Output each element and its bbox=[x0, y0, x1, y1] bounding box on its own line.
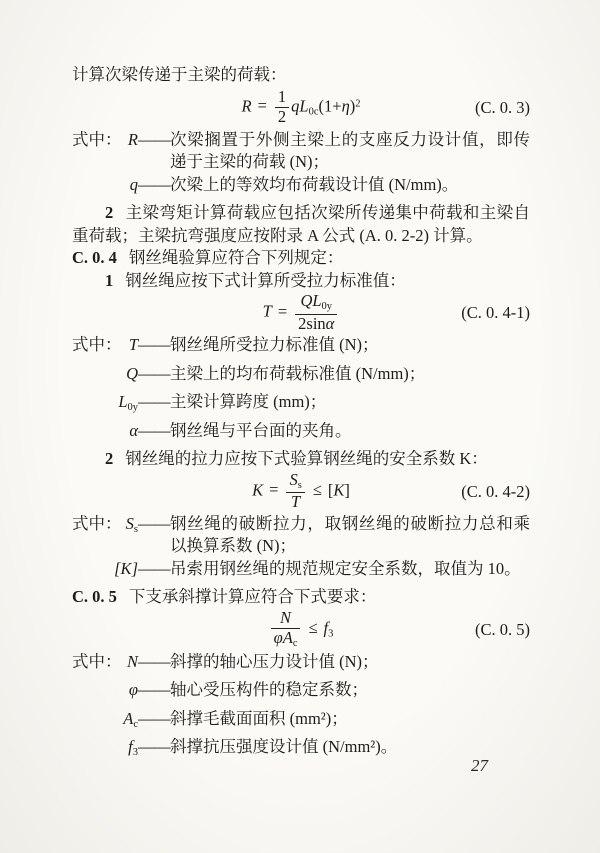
def-dash: —— bbox=[138, 736, 170, 759]
leq-sign: ≤ bbox=[308, 618, 317, 637]
var-phiA: φA bbox=[274, 628, 293, 647]
formula-c042: K=SsT≤[K] (C. 0. 4-2) bbox=[72, 471, 530, 513]
def-variable: f3 bbox=[122, 736, 138, 765]
equals-sign: = bbox=[269, 480, 278, 499]
definition-list-c05: 式中： N —— 斜撑的轴心压力设计值 (N)； φ —— 轴心受压构件的稳定系… bbox=[72, 651, 530, 765]
formula-number: (C. 0. 4-2) bbox=[461, 480, 530, 503]
subscript-s: s bbox=[298, 480, 302, 491]
var-alpha: α bbox=[326, 314, 335, 333]
leq-sign: ≤ bbox=[313, 480, 322, 499]
def-dash: —— bbox=[138, 129, 170, 152]
section-number: C. 0. 4 bbox=[72, 248, 117, 267]
var-symbol: α bbox=[129, 421, 138, 440]
def-dash: —— bbox=[138, 708, 170, 731]
formula-number: (C. 0. 5) bbox=[475, 618, 530, 641]
fraction-half: 12 bbox=[275, 88, 289, 127]
def-variable: L0y bbox=[122, 391, 138, 420]
formula-c03: R=12qL0c(1+η)2 (C. 0. 3) bbox=[72, 87, 530, 129]
var-symbol: Q bbox=[126, 364, 138, 383]
def-variable: α bbox=[122, 420, 138, 449]
def-dash: —— bbox=[138, 651, 170, 674]
formula-number: (C. 0. 4-1) bbox=[461, 302, 530, 325]
def-text: 斜撑毛截面面积 (mm²)； bbox=[170, 708, 530, 731]
superscript-2: 2 bbox=[355, 98, 360, 109]
var-symbol: φ bbox=[129, 680, 138, 699]
fraction: SsT bbox=[286, 471, 304, 512]
equals-sign: = bbox=[278, 302, 287, 321]
def-variable: [K] bbox=[122, 558, 138, 587]
def-lead: 式中： bbox=[72, 513, 122, 536]
formula-c041: T=QL0y2sinα (C. 0. 4-1) bbox=[72, 292, 530, 334]
item-number: 2 bbox=[105, 449, 113, 468]
equation-c03: R=12qL0c(1+η)2 bbox=[241, 88, 360, 127]
definition-row: f3 —— 斜撑抗压强度设计值 (N/mm²)。 bbox=[72, 736, 530, 765]
var-K: K bbox=[252, 480, 263, 499]
subscript-0c: 0c bbox=[309, 106, 319, 117]
def-variable: R bbox=[122, 129, 138, 158]
var-R: R bbox=[241, 96, 251, 115]
def-text: 次梁上的等效均布荷载设计值 (N/mm)。 bbox=[170, 174, 530, 197]
definition-list-c042: 式中： Ss —— 钢丝绳的破断拉力，取钢丝绳的破断拉力总和乘以换算系数 (N)… bbox=[72, 513, 530, 587]
item-text: 钢丝绳应按下式计算所受拉力标准值： bbox=[125, 271, 406, 290]
var-symbol: T bbox=[129, 335, 138, 354]
def-lead: 式中： bbox=[72, 651, 122, 674]
def-lead: 式中： bbox=[72, 129, 122, 152]
subscript-3: 3 bbox=[328, 628, 333, 639]
var-QL: QL bbox=[300, 291, 321, 310]
section-number: C. 0. 5 bbox=[72, 587, 117, 606]
section-c05-heading: C. 0. 5下支承斜撑计算应符合下式要求： bbox=[72, 586, 530, 609]
definition-row: q —— 次梁上的等效均布荷载设计值 (N/mm)。 bbox=[72, 174, 530, 203]
def-dash: —— bbox=[138, 513, 170, 536]
formula-number: (C. 0. 3) bbox=[475, 96, 530, 119]
definition-row: 式中： N —— 斜撑的轴心压力设计值 (N)； bbox=[72, 651, 530, 680]
def-variable: φ bbox=[122, 679, 138, 708]
var-subscript: 0y bbox=[128, 402, 139, 413]
definition-row: [K] —— 吊索用钢丝绳的规范规定安全系数，取值为 10。 bbox=[72, 558, 530, 587]
clause-item-1: 1钢丝绳应按下式计算所受拉力标准值： bbox=[72, 270, 530, 293]
def-variable: q bbox=[122, 174, 138, 203]
def-text: 次梁搁置于外侧主梁上的支座反力设计值，即传递于主梁的荷载 (N)； bbox=[170, 129, 530, 174]
def-dash: —— bbox=[138, 558, 170, 581]
equation-c041: T=QL0y2sinα bbox=[263, 292, 340, 333]
page-body: 计算次梁传递于主梁的荷载： R=12qL0c(1+η)2 (C. 0. 3) 式… bbox=[72, 64, 530, 765]
def-dash: —— bbox=[138, 174, 170, 197]
den-2sin: 2sin bbox=[298, 314, 326, 333]
var-K-allow: K bbox=[333, 480, 344, 499]
clause-item-2b: 2钢丝绳的拉力应按下式验算钢丝绳的安全系数 K： bbox=[72, 448, 530, 471]
var-symbol: L bbox=[118, 392, 127, 411]
definition-row: Ac —— 斜撑毛截面面积 (mm²)； bbox=[72, 708, 530, 737]
var-qL: qL bbox=[291, 96, 308, 115]
def-text: 钢丝绳的破断拉力，取钢丝绳的破断拉力总和乘以换算系数 (N)； bbox=[170, 513, 530, 558]
item-number: 2 bbox=[105, 203, 113, 222]
def-text: 轴心受压构件的稳定系数； bbox=[170, 679, 530, 702]
definition-row: L0y —— 主梁计算跨度 (mm)； bbox=[72, 391, 530, 420]
def-dash: —— bbox=[138, 391, 170, 414]
definition-row: 式中： R —— 次梁搁置于外侧主梁上的支座反力设计值，即传递于主梁的荷载 (N… bbox=[72, 129, 530, 174]
section-text: 下支承斜撑计算应符合下式要求： bbox=[129, 587, 377, 606]
def-text: 主梁上的均布荷载标准值 (N/mm)； bbox=[170, 363, 530, 386]
def-text: 钢丝绳与平台面的夹角。 bbox=[170, 420, 530, 443]
bracket-close: ] bbox=[344, 480, 350, 499]
def-text: 钢丝绳所受拉力标准值 (N)； bbox=[170, 334, 530, 357]
def-variable: N bbox=[122, 651, 138, 680]
var-T: T bbox=[263, 302, 272, 321]
definition-row: φ —— 轴心受压构件的稳定系数； bbox=[72, 679, 530, 708]
subscript-c: c bbox=[293, 638, 298, 649]
subscript-0y: 0y bbox=[322, 301, 333, 312]
var-symbol: S bbox=[126, 514, 134, 533]
def-variable: Ac bbox=[122, 708, 138, 737]
var-symbol: q bbox=[130, 175, 138, 194]
equation-c042: K=SsT≤[K] bbox=[252, 471, 350, 512]
section-c04-heading: C. 0. 4钢丝绳验算应符合下列规定： bbox=[72, 247, 530, 270]
def-variable: Ss bbox=[122, 513, 138, 542]
definition-row: 式中： T —— 钢丝绳所受拉力标准值 (N)； bbox=[72, 334, 530, 363]
page-number: 27 bbox=[471, 755, 488, 778]
def-text: 主梁计算跨度 (mm)； bbox=[170, 391, 530, 414]
definition-row: α —— 钢丝绳与平台面的夹角。 bbox=[72, 420, 530, 449]
definition-row: Q —— 主梁上的均布荷载标准值 (N/mm)； bbox=[72, 363, 530, 392]
formula-c05: NφAc≤f3 (C. 0. 5) bbox=[72, 609, 530, 651]
paren-open: (1+ bbox=[319, 96, 342, 115]
item-text: 主梁弯矩计算荷载应包括次梁所传递集中荷载和主梁自重荷载；主梁抗弯强度应按附录 A… bbox=[72, 203, 530, 245]
var-symbol: A bbox=[123, 709, 133, 728]
def-lead: 式中： bbox=[72, 334, 122, 357]
equals-sign: = bbox=[258, 96, 267, 115]
var-T: T bbox=[291, 492, 300, 511]
var-symbol: R bbox=[128, 130, 138, 149]
def-dash: —— bbox=[138, 420, 170, 443]
item-number: 1 bbox=[105, 271, 113, 290]
document-page: 计算次梁传递于主梁的荷载： R=12qL0c(1+η)2 (C. 0. 3) 式… bbox=[0, 0, 600, 853]
var-eta: η bbox=[342, 96, 350, 115]
intro-line: 计算次梁传递于主梁的荷载： bbox=[72, 64, 530, 87]
section-text: 钢丝绳验算应符合下列规定： bbox=[129, 248, 344, 267]
definition-list-c041: 式中： T —— 钢丝绳所受拉力标准值 (N)； Q —— 主梁上的均布荷载标准… bbox=[72, 334, 530, 448]
fraction: NφAc bbox=[271, 609, 301, 650]
def-dash: —— bbox=[138, 679, 170, 702]
def-text: 吊索用钢丝绳的规范规定安全系数，取值为 10。 bbox=[170, 558, 530, 581]
var-N: N bbox=[280, 608, 291, 627]
var-symbol: [K] bbox=[114, 559, 138, 578]
def-dash: —— bbox=[138, 363, 170, 386]
clause-item-2: 2主梁弯矩计算荷载应包括次梁所传递集中荷载和主梁自重荷载；主梁抗弯强度应按附录 … bbox=[72, 202, 530, 247]
def-dash: —— bbox=[138, 334, 170, 357]
var-S: S bbox=[289, 470, 297, 489]
def-variable: T bbox=[122, 334, 138, 363]
item-text: 钢丝绳的拉力应按下式验算钢丝绳的安全系数 K： bbox=[125, 449, 488, 468]
equation-c05: NφAc≤f3 bbox=[269, 609, 334, 650]
def-variable: Q bbox=[122, 363, 138, 392]
definition-row: 式中： Ss —— 钢丝绳的破断拉力，取钢丝绳的破断拉力总和乘以换算系数 (N)… bbox=[72, 513, 530, 558]
def-text: 斜撑的轴心压力设计值 (N)； bbox=[170, 651, 530, 674]
fraction: QL0y2sinα bbox=[295, 292, 337, 333]
definition-list-c03: 式中： R —— 次梁搁置于外侧主梁上的支座反力设计值，即传递于主梁的荷载 (N… bbox=[72, 129, 530, 203]
var-symbol: N bbox=[127, 652, 138, 671]
